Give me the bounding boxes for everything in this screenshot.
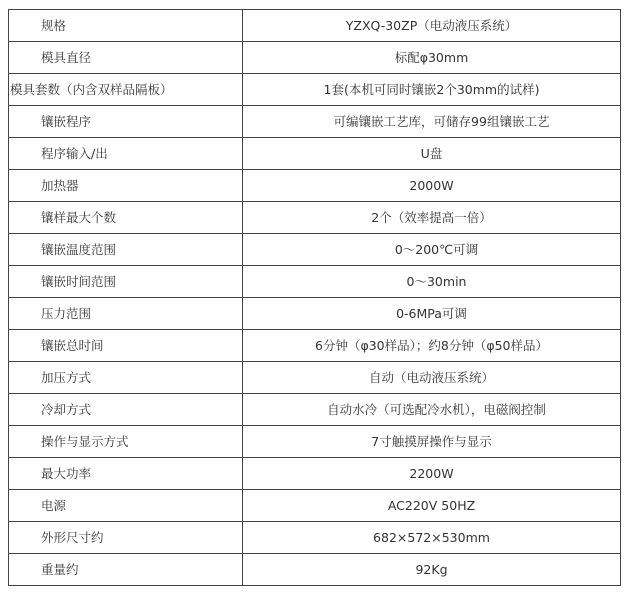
table-row: 程序输入/出 U盘 [9,138,621,170]
table-row: 模具直径 标配φ30mm [9,42,621,74]
table-row: 压力范围 0-6MPa可调 [9,298,621,330]
spec-label: 镶嵌温度范围 [9,234,243,266]
spec-label: 镶样最大个数 [9,202,243,234]
spec-value: 7寸触摸屏操作与显示 [243,426,621,458]
spec-label: 外形尺寸约 [9,522,243,554]
spec-value: 6分钟（φ30样品）；约8分钟（φ50样品） [243,330,621,362]
table-row: 操作与显示方式 7寸触摸屏操作与显示 [9,426,621,458]
spec-label: 加压方式 [9,362,243,394]
spec-value: 2个（效率提高一倍） [243,202,621,234]
spec-value: 2000W [243,170,621,202]
table-row: 加压方式 自动（电动液压系统） [9,362,621,394]
table-row: 最大功率 2200W [9,458,621,490]
spec-value: AC220V 50HZ [243,490,621,522]
spec-value: 92Kg [243,554,621,586]
spec-label: 规格 [9,10,243,42]
spec-label: 重量约 [9,554,243,586]
spec-value: 标配φ30mm [243,42,621,74]
spec-value: 0-6MPa可调 [243,298,621,330]
spec-label: 最大功率 [9,458,243,490]
table-row: 镶嵌总时间 6分钟（φ30样品）；约8分钟（φ50样品） [9,330,621,362]
spec-value: 1套(本机可同时镶嵌2个30mm的试样) [243,74,621,106]
spec-label: 加热器 [9,170,243,202]
spec-label: 镶嵌时间范围 [9,266,243,298]
spec-label: 镶嵌总时间 [9,330,243,362]
spec-label: 程序输入/出 [9,138,243,170]
table-row: 模具套数（内含双样品隔板） 1套(本机可同时镶嵌2个30mm的试样) [9,74,621,106]
spec-value: 自动水冷（可选配冷水机），电磁阀控制 [243,394,621,426]
spec-label: 模具直径 [9,42,243,74]
table-row: 加热器 2000W [9,170,621,202]
spec-value: 可编镶嵌工艺库，可储存99组镶嵌工艺 [243,106,621,138]
spec-value: 2200W [243,458,621,490]
spec-table: 规格 YZXQ-30ZP（电动液压系统） 模具直径 标配φ30mm 模具套数（内… [8,9,621,586]
spec-label: 操作与显示方式 [9,426,243,458]
spec-value: 0～200℃可调 [243,234,621,266]
table-row: 镶样最大个数 2个（效率提高一倍） [9,202,621,234]
spec-label: 镶嵌程序 [9,106,243,138]
spec-value: 682×572×530mm [243,522,621,554]
spec-value: 自动（电动液压系统） [243,362,621,394]
table-row: 镶嵌温度范围 0～200℃可调 [9,234,621,266]
spec-label: 模具套数（内含双样品隔板） [9,74,243,106]
spec-value: 0～30min [243,266,621,298]
spec-value: YZXQ-30ZP（电动液压系统） [243,10,621,42]
spec-label: 电源 [9,490,243,522]
spec-label: 冷却方式 [9,394,243,426]
table-row: 外形尺寸约 682×572×530mm [9,522,621,554]
table-row: 规格 YZXQ-30ZP（电动液压系统） [9,10,621,42]
table-row: 冷却方式 自动水冷（可选配冷水机），电磁阀控制 [9,394,621,426]
table-row: 电源 AC220V 50HZ [9,490,621,522]
spec-label: 压力范围 [9,298,243,330]
spec-value: U盘 [243,138,621,170]
table-row: 镶嵌时间范围 0～30min [9,266,621,298]
table-row: 重量约 92Kg [9,554,621,586]
table-row: 镶嵌程序 可编镶嵌工艺库，可储存99组镶嵌工艺 [9,106,621,138]
